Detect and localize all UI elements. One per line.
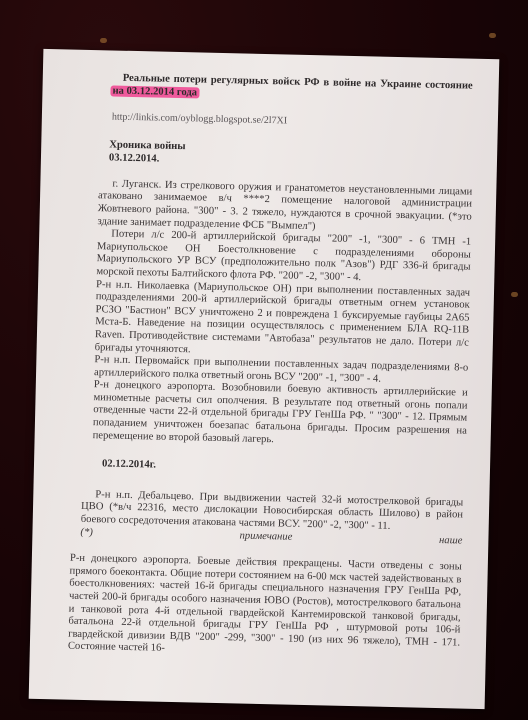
entry-donetsk-airport: Р-н донецкого аэропорта. Возобновили бое… xyxy=(93,379,468,450)
section-summary: Р-н донецкого аэропорта. Боевые действия… xyxy=(68,553,462,663)
background-speck xyxy=(489,33,496,38)
footnote-note: наше xyxy=(439,535,463,548)
source-link[interactable]: http://linkis.com/oyblogg.blogspot.se/2l… xyxy=(112,112,472,133)
title-highlight: на 03.12.2014 года xyxy=(110,85,199,98)
date-heading-2: 02.12.2014г. xyxy=(102,459,464,480)
entry-lugansk: г. Луганск. Из стрелкового оружия и гран… xyxy=(97,178,472,237)
paper-sheet: Реальные потери регулярных войск РФ в во… xyxy=(29,49,500,709)
chronicle-heading: Хроника войны 03.12.2014. xyxy=(109,138,471,172)
entry-total-losses: Р-н донецкого аэропорта. Боевые действия… xyxy=(68,553,462,663)
photo-scene: Реальные потери регулярных войск РФ в во… xyxy=(0,0,528,720)
background-speck xyxy=(511,292,518,297)
entry-nikolaevka: Р-н н.п. Николаевка (Мариупольское ОН) п… xyxy=(95,279,471,363)
footnote-marker: (*) xyxy=(80,527,93,540)
document-title: Реальные потери регулярных войск РФ в во… xyxy=(110,72,472,105)
footnote-label: примечание xyxy=(239,530,292,544)
background-speck xyxy=(100,38,107,43)
section-03-12: г. Луганск. Из стрелкового оружия и гран… xyxy=(93,178,473,451)
entry-losses-200-brigade: Потери л/с 200-й артиллерийской бригады … xyxy=(96,228,471,287)
section-02-12: Р-н н.п. Дебальцево. При выдвижении част… xyxy=(80,489,463,548)
document-content: Реальные потери регулярных войск РФ в во… xyxy=(98,72,473,662)
